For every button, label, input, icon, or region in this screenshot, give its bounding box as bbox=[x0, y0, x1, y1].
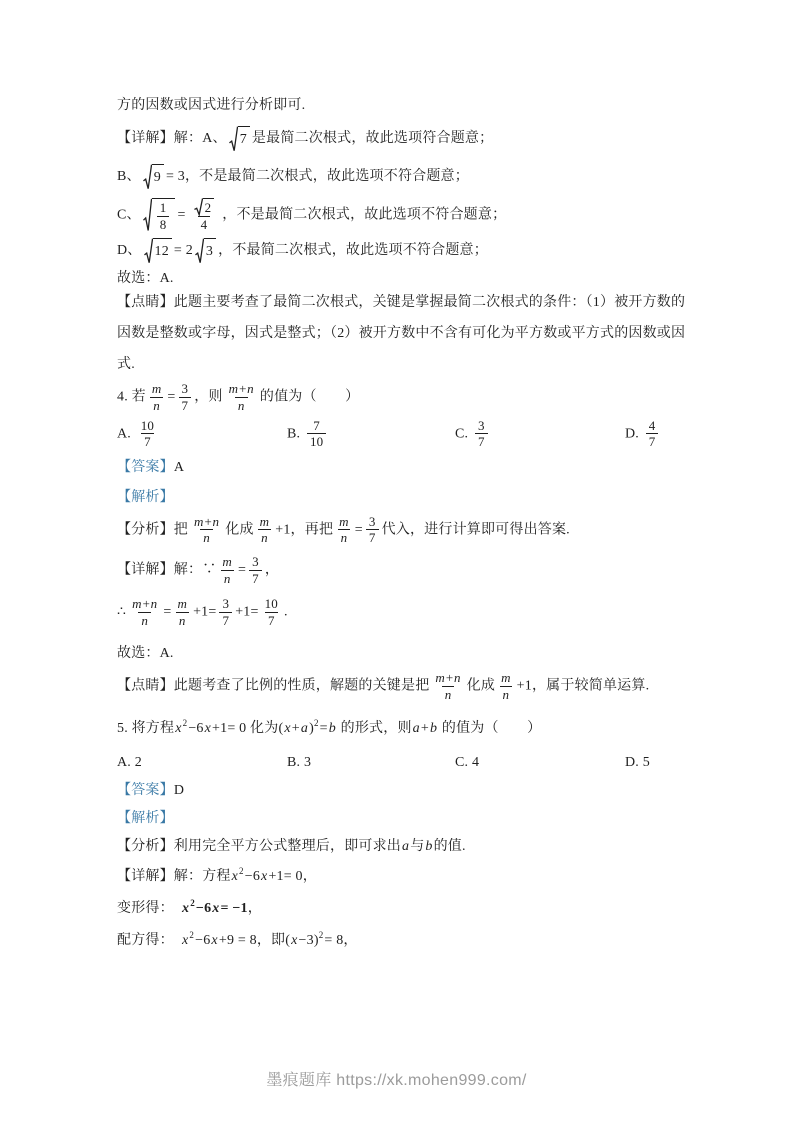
math-variable: b bbox=[424, 839, 433, 854]
fraction-numerator: m bbox=[219, 554, 235, 570]
fraction-denominator: n bbox=[176, 612, 189, 629]
q3-detail-d: D、12= 23，不最简二次根式，故此选项不符合题意； bbox=[117, 238, 693, 264]
radical-sign-icon bbox=[195, 238, 204, 264]
text-run: A. bbox=[117, 426, 135, 441]
fraction: mn bbox=[336, 514, 352, 546]
math-variable: a bbox=[300, 721, 309, 736]
fraction-denominator: 7 bbox=[646, 433, 659, 450]
q5-jiexi: 【解析】 bbox=[117, 807, 693, 831]
q3-note-3: 式. bbox=[117, 353, 693, 377]
math-variable: x bbox=[211, 901, 220, 916]
text-run: = 8 bbox=[324, 933, 343, 948]
fraction-numerator: 10 bbox=[262, 596, 281, 612]
fraction-numerator: 3 bbox=[475, 418, 488, 434]
fraction: mn bbox=[257, 514, 273, 546]
option: D. 5 bbox=[625, 751, 693, 775]
text-run: 因数是整数或字母，因式是整式；（2）被开方数中不含有可化为平方数或平方式的因数或… bbox=[117, 326, 685, 341]
text-run: 4. 若 bbox=[117, 390, 146, 405]
fraction-numerator: m+n bbox=[129, 596, 160, 612]
fraction: 37 bbox=[249, 554, 262, 586]
fraction: 18 bbox=[157, 200, 170, 232]
math-variable: x bbox=[290, 933, 298, 948]
text-run: 变形得： bbox=[117, 901, 181, 916]
math-variable: b bbox=[328, 721, 337, 736]
text-run: 故选：A. bbox=[117, 271, 174, 286]
q3-detail-c: C、18=24，不是最简二次根式，故此选项不符合题意； bbox=[117, 198, 693, 232]
q5-question: 5. 将方程x2−6x+1= 0 化为(x+a)2=b 的形式，则a+b 的值为… bbox=[117, 717, 693, 741]
option: A. 107 bbox=[117, 418, 287, 450]
math-variable: x bbox=[231, 869, 239, 884]
radicand: 2 bbox=[203, 198, 215, 216]
text-run: C. 4 bbox=[455, 755, 479, 770]
radical-sign-icon bbox=[144, 238, 153, 264]
text-run: = bbox=[320, 721, 328, 736]
text-run: + bbox=[292, 721, 300, 736]
fraction-denominator: n bbox=[442, 686, 455, 703]
text-run: ， bbox=[343, 933, 357, 948]
text-run: B、 bbox=[117, 169, 141, 184]
fraction: 710 bbox=[307, 418, 326, 450]
option: B. 3 bbox=[287, 751, 455, 775]
text-run: ， bbox=[248, 901, 262, 916]
fraction-numerator: m bbox=[149, 381, 165, 397]
q3-answer-choice: 故选：A. bbox=[117, 267, 693, 291]
superscript: 2 bbox=[189, 930, 194, 940]
fraction: 107 bbox=[262, 596, 281, 628]
math-variable: x bbox=[283, 721, 291, 736]
fraction-denominator: n bbox=[200, 529, 213, 546]
fraction-denominator: 7 bbox=[265, 612, 278, 629]
q5-options: A. 2B. 3C. 4D. 5 bbox=[117, 751, 693, 775]
text-run: ，即( bbox=[257, 933, 290, 948]
fraction: 24 bbox=[189, 198, 220, 232]
fraction: m+nn bbox=[191, 514, 222, 546]
q4-detail-2: ∴m+nn=mn+1=37+1=107. bbox=[117, 596, 693, 628]
watermark-text: 墨痕题库 https://xk.mohen999.com/ bbox=[266, 1072, 526, 1089]
text-run: = 2 bbox=[174, 244, 193, 259]
text-run: 【详解】解：方程 bbox=[117, 869, 231, 884]
fraction-denominator: n bbox=[500, 686, 513, 703]
text-run: + bbox=[421, 721, 429, 736]
radicand: 7 bbox=[238, 126, 250, 152]
text-run: . bbox=[284, 604, 288, 619]
fraction-numerator: 3 bbox=[366, 514, 379, 530]
text-run: 【点睛】此题主要考查了最简二次根式，关键是掌握最简二次根式的条件：（1）被开方数… bbox=[117, 295, 685, 310]
square-root: 12 bbox=[144, 238, 172, 264]
fraction-denominator: 8 bbox=[157, 216, 170, 233]
text-run: 是最简二次根式，故此选项符合题意； bbox=[252, 131, 493, 146]
fraction: mn bbox=[219, 554, 235, 586]
text-run: = bbox=[355, 522, 363, 537]
text-run: +1= 0 bbox=[268, 869, 302, 884]
fraction-numerator: m+n bbox=[432, 670, 463, 686]
q3-detail-a: 【详解】解：A、7是最简二次根式，故此选项符合题意； bbox=[117, 126, 693, 152]
fraction-denominator: 7 bbox=[366, 529, 379, 546]
fraction-denominator: n bbox=[235, 397, 248, 414]
text-run: = 3，不是最简二次根式，故此选项不符合题意； bbox=[166, 169, 469, 184]
option: C. 4 bbox=[455, 751, 625, 775]
text-run: +1，属于较简单运算. bbox=[517, 679, 650, 694]
text-run: = bbox=[167, 390, 175, 405]
fraction-denominator: 7 bbox=[475, 433, 488, 450]
fraction-numerator: m bbox=[336, 514, 352, 530]
superscript: 2 bbox=[190, 898, 195, 908]
fraction-numerator: m bbox=[257, 514, 273, 530]
text-run: +9 = 8 bbox=[219, 933, 257, 948]
math-variable: x bbox=[181, 901, 190, 916]
fraction-denominator: 7 bbox=[219, 612, 232, 629]
superscript: 2 bbox=[183, 718, 188, 728]
fraction: m+nn bbox=[129, 596, 160, 628]
text-run: +1= 0 化为 bbox=[212, 721, 278, 736]
text-run: 方的因数或因式进行分析即可. bbox=[117, 98, 305, 113]
text-run: = bbox=[177, 207, 185, 222]
fraction-denominator: n bbox=[138, 612, 151, 629]
option: D. 47 bbox=[625, 418, 693, 450]
math-variable: x bbox=[210, 933, 218, 948]
fraction-numerator: m+n bbox=[226, 381, 257, 397]
text-run: ， bbox=[265, 562, 279, 577]
text-run: A bbox=[174, 460, 184, 475]
square-root: 9 bbox=[143, 164, 164, 190]
text-run: = −1 bbox=[221, 901, 248, 916]
text-run: D bbox=[174, 783, 184, 798]
fraction-numerator: m+n bbox=[191, 514, 222, 530]
text-run: 【解析】 bbox=[117, 490, 174, 505]
q5-detail-1: 【详解】解：方程x2−6x+1= 0， bbox=[117, 865, 693, 889]
text-run: +1= bbox=[193, 604, 216, 619]
document-page: 方的因数或因式进行分析即可.【详解】解：A、7是最简二次根式，故此选项符合题意；… bbox=[0, 0, 793, 1122]
fraction-denominator: n bbox=[258, 529, 271, 546]
text-run: 配方得： bbox=[117, 933, 181, 948]
q4-options: A. 107B. 710C. 37D. 47 bbox=[117, 418, 693, 450]
q3-note-2: 因数是整数或字母，因式是整式；（2）被开方数中不含有可化为平方数或平方式的因数或… bbox=[117, 322, 693, 346]
text-run: B. 3 bbox=[287, 755, 311, 770]
text-run: −6 bbox=[196, 901, 211, 916]
text-run: −6 bbox=[188, 721, 203, 736]
text-run: C. bbox=[455, 426, 472, 441]
fraction-numerator: 3 bbox=[179, 381, 192, 397]
fraction-numerator: 3 bbox=[249, 554, 262, 570]
fraction: mn bbox=[498, 670, 514, 702]
fraction-numerator: 3 bbox=[219, 596, 232, 612]
q4-answer-choice: 故选：A. bbox=[117, 642, 693, 666]
q4-detail-1: 【详解】解：∵mn=37， bbox=[117, 554, 693, 586]
fraction-denominator: 7 bbox=[179, 397, 192, 414]
text-run: 【分析】把 bbox=[117, 522, 188, 537]
fraction-numerator: 4 bbox=[646, 418, 659, 434]
math-variable: a bbox=[401, 839, 410, 854]
radical-sign-icon bbox=[143, 164, 152, 190]
text-run: 【解析】 bbox=[117, 811, 174, 826]
fraction-numerator: 7 bbox=[310, 418, 323, 434]
fraction: 37 bbox=[219, 596, 232, 628]
text-run: 的值为（ ） bbox=[260, 390, 359, 405]
text-run: 化成 bbox=[225, 522, 253, 537]
text-run: 的形式，则 bbox=[337, 721, 412, 736]
text-run: = bbox=[238, 562, 246, 577]
square-root: 7 bbox=[229, 126, 250, 152]
text-run: 与 bbox=[410, 839, 424, 854]
q4-question: 4. 若mn=37，则m+nn的值为（ ） bbox=[117, 381, 693, 413]
fraction-numerator: 2 bbox=[189, 198, 220, 216]
text-run: D. 5 bbox=[625, 755, 650, 770]
fraction: 107 bbox=[138, 418, 157, 450]
radicand: 3 bbox=[204, 238, 216, 264]
text-run: A. 2 bbox=[117, 755, 142, 770]
text-run: 5. 将方程 bbox=[117, 721, 174, 736]
text-run: +1，再把 bbox=[275, 522, 333, 537]
q4-answer: 【答案】A bbox=[117, 456, 693, 480]
text-run: 【分析】利用完全平方公式整理后，即可求出 bbox=[117, 839, 401, 854]
page-footer: 墨痕题库 https://xk.mohen999.com/ bbox=[0, 1067, 793, 1090]
text-run: D. bbox=[625, 426, 643, 441]
fraction: m+nn bbox=[226, 381, 257, 413]
text-run: ∴ bbox=[117, 604, 126, 619]
q5-detail-2: 变形得： x2−6x= −1， bbox=[117, 897, 693, 921]
fraction: m+nn bbox=[432, 670, 463, 702]
exam-solutions-content: 方的因数或因式进行分析即可.【详解】解：A、7是最简二次根式，故此选项符合题意；… bbox=[117, 88, 693, 953]
q4-analysis: 【分析】把m+nn化成mn+1，再把mn=37代入，进行计算即可得出答案. bbox=[117, 514, 693, 546]
q5-analysis: 【分析】利用完全平方公式整理后，即可求出a与b的值. bbox=[117, 835, 693, 859]
text-run: 的值. bbox=[434, 839, 466, 854]
q3-note-1: 【点睛】此题主要考查了最简二次根式，关键是掌握最简二次根式的条件：（1）被开方数… bbox=[117, 291, 693, 315]
math-variable: x bbox=[174, 721, 182, 736]
math-variable: a bbox=[412, 721, 421, 736]
fraction: 37 bbox=[475, 418, 488, 450]
fraction: 47 bbox=[646, 418, 659, 450]
fraction-numerator: 1 bbox=[157, 200, 170, 216]
q4-note: 【点睛】此题考查了比例的性质，解题的关键是把m+nn化成mn+1，属于较简单运算… bbox=[117, 670, 693, 702]
fraction-numerator: 10 bbox=[138, 418, 157, 434]
text-run: 【点睛】此题考查了比例的性质，解题的关键是把 bbox=[117, 679, 429, 694]
math-variable: b bbox=[429, 721, 438, 736]
fraction-denominator: n bbox=[150, 397, 163, 414]
text-run: 【详解】解：∵ bbox=[117, 562, 216, 577]
q4-jiexi: 【解析】 bbox=[117, 486, 693, 510]
square-root: 2 bbox=[194, 198, 215, 216]
text-run: 的值为（ ） bbox=[438, 721, 541, 736]
fraction-numerator: m bbox=[174, 596, 190, 612]
text-run: −3) bbox=[299, 933, 319, 948]
radicand: 9 bbox=[152, 164, 164, 190]
fraction-denominator: 4 bbox=[198, 216, 211, 233]
text-run: ， bbox=[303, 869, 317, 884]
fraction-denominator: n bbox=[338, 529, 351, 546]
fraction: mn bbox=[149, 381, 165, 413]
radicand: 12 bbox=[153, 238, 172, 264]
q3-analysis-tail: 方的因数或因式进行分析即可. bbox=[117, 94, 693, 118]
text-run: 【答案】 bbox=[117, 783, 174, 798]
option: B. 710 bbox=[287, 418, 455, 450]
text-run: 式. bbox=[117, 357, 135, 372]
fraction-denominator: 10 bbox=[307, 433, 326, 450]
superscript: 2 bbox=[239, 866, 244, 876]
text-run: B. bbox=[287, 426, 304, 441]
q5-answer: 【答案】D bbox=[117, 779, 693, 803]
superscript: 2 bbox=[314, 718, 319, 728]
text-run: D、 bbox=[117, 244, 142, 259]
text-run: ，不是最简二次根式，故此选项不符合题意； bbox=[222, 207, 506, 222]
fraction: mn bbox=[174, 596, 190, 628]
fraction: 37 bbox=[179, 381, 192, 413]
text-run: 化成 bbox=[467, 679, 495, 694]
text-run: 故选：A. bbox=[117, 646, 174, 661]
option: A. 2 bbox=[117, 751, 287, 775]
text-run: +1= bbox=[235, 604, 258, 619]
fraction-denominator: 7 bbox=[249, 570, 262, 587]
text-run: ，不最简二次根式，故此选项不符合题意； bbox=[218, 244, 488, 259]
option: C. 37 bbox=[455, 418, 625, 450]
q3-detail-b: B、9= 3，不是最简二次根式，故此选项不符合题意； bbox=[117, 164, 693, 190]
radical-sign-icon bbox=[229, 126, 238, 152]
radical-sign-icon bbox=[143, 198, 152, 232]
text-run: 【详解】解：A、 bbox=[117, 131, 227, 146]
square-root: 18 bbox=[143, 198, 176, 232]
text-run: ，则 bbox=[194, 390, 222, 405]
fraction-denominator: n bbox=[221, 570, 234, 587]
fraction: 37 bbox=[366, 514, 379, 546]
text-run: C、 bbox=[117, 207, 141, 222]
radical-sign-icon bbox=[194, 198, 203, 216]
text-run: −6 bbox=[245, 869, 260, 884]
fraction-denominator: 7 bbox=[141, 433, 154, 450]
text-run: 代入，进行计算即可得出答案. bbox=[382, 522, 570, 537]
math-variable: x bbox=[204, 721, 212, 736]
q5-detail-3: 配方得： x2−6x+9 = 8，即(x−3)2= 8， bbox=[117, 929, 693, 953]
fraction-numerator: m bbox=[498, 670, 514, 686]
superscript: 2 bbox=[319, 930, 324, 940]
square-root: 3 bbox=[195, 238, 216, 264]
radicand: 18 bbox=[152, 198, 176, 232]
text-run: 【答案】 bbox=[117, 460, 174, 475]
text-run: −6 bbox=[195, 933, 210, 948]
text-run: = bbox=[163, 604, 171, 619]
